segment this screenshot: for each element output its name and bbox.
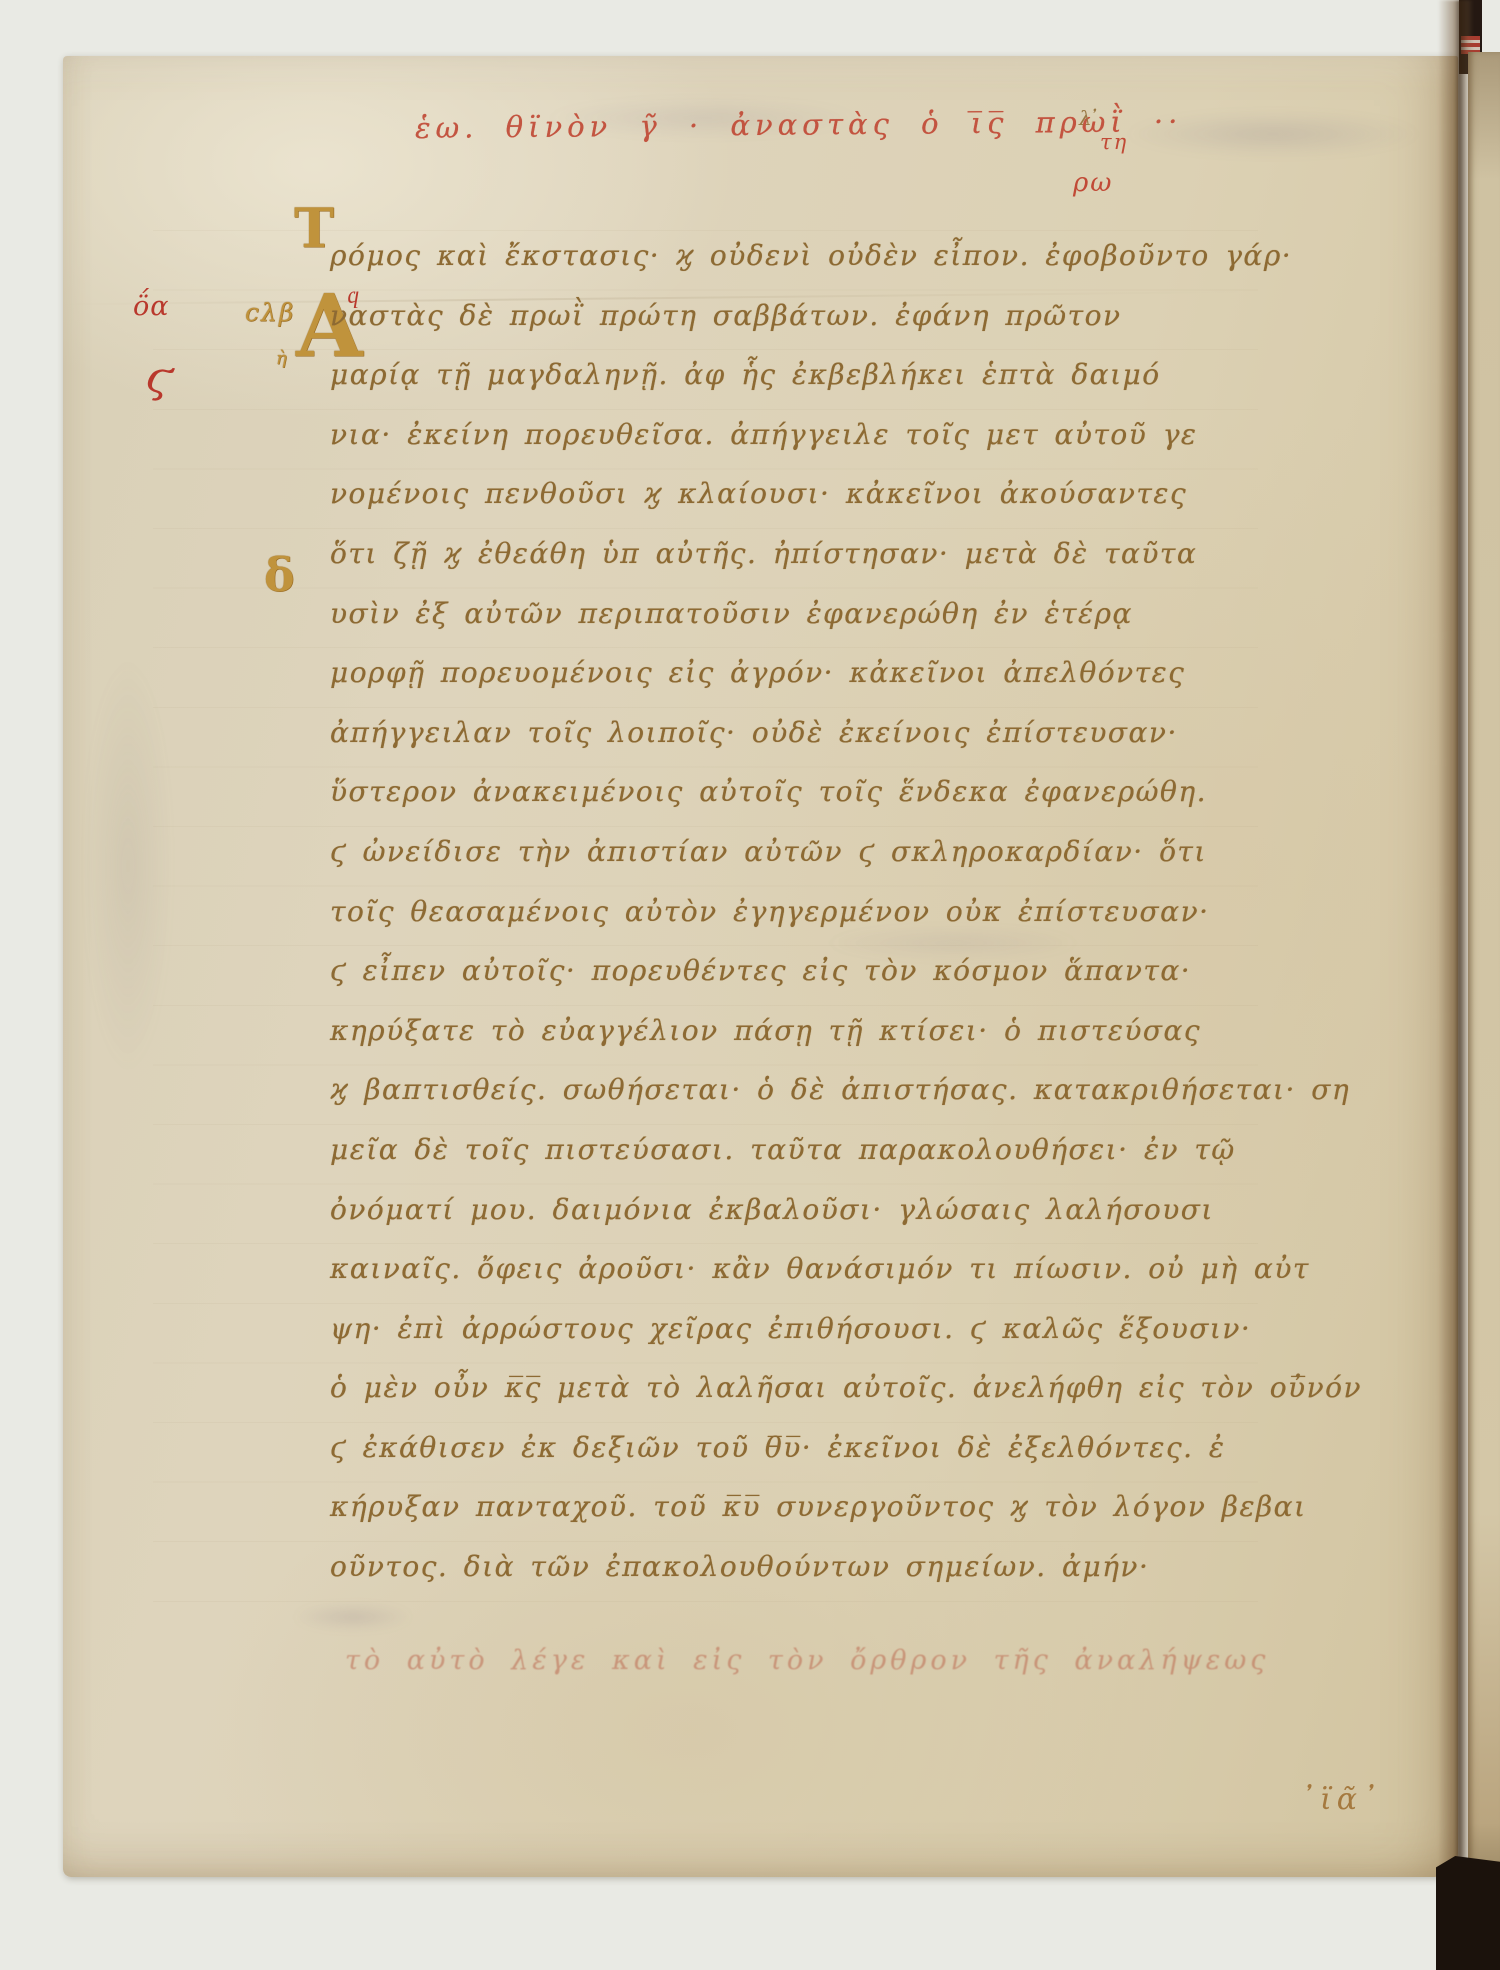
text-line-14: κηρύξατε τὸ εὐαγγέλιον πάσῃ τῇ κτίσει· ὁ… [330, 1001, 1362, 1061]
rubric-carryover: ρω [1073, 168, 1114, 198]
text-line-1: ρόμος καὶ ἔκστασις· ϗ οὐδενὶ οὐδὲν εἶπον… [330, 226, 1362, 286]
book-spine-bottom [1436, 1856, 1500, 1970]
margin-kephalaion-number: ο̈́α [133, 292, 170, 322]
lection-end-mark: λ ̓ [1079, 106, 1098, 130]
ammonian-section-number: ϲλβ [245, 298, 295, 327]
text-line-10: ὕστερον ἀνακειμένοις αὐτοῖς τοῖς ἕνδεκα … [330, 762, 1362, 822]
manuscript-page: ἑω. θϊνὸν γ̃ · ἀναστὰς ὁ ι̅ς̅ πρωῒ ·· τη… [63, 56, 1458, 1877]
text-line-22: κήρυξαν πανταχοῦ. τοῦ κ̅υ̅ συνεργοῦντος … [330, 1477, 1362, 1537]
rubric-superscript: τη [1100, 130, 1128, 154]
gold-initial-tau: Τ [294, 196, 334, 260]
text-line-21: ϛ ἐκάθισεν ἐκ δεξιῶν τοῦ θ̅υ̅· ἐκεῖνοι δ… [330, 1418, 1362, 1478]
folio-mark: ᾿ϊᾶ᾿ [1300, 1782, 1382, 1817]
text-line-3: μαρίᾳ τῇ μαγδαληνῇ. ἀφ ἧς ἐκβεβλήκει ἑπτ… [330, 345, 1362, 405]
bleedthrough-smudge [293, 1604, 413, 1630]
text-line-6: ὅτι ζῇ ϗ ἐθεάθη ὑπ αὐτῆς. ἠπίστησαν· μετ… [330, 524, 1362, 584]
text-line-11: ϛ ὠνείδισε τὴν ἀπιστίαν αὐτῶν ϛ σκληροκα… [330, 822, 1362, 882]
text-line-12: τοῖς θεασαμένοις αὐτὸν ἐγηγερμένον οὐκ ἐ… [330, 882, 1362, 942]
text-line-8: μορφῇ πορευομένοις εἰς ἀγρόν· κἀκεῖνοι ἀ… [330, 643, 1362, 703]
text-line-15: ϗ βαπτισθείς. σωθήσεται· ὁ δὲ ἀπιστήσας.… [330, 1060, 1362, 1120]
text-line-17: ὀνόματί μου. δαιμόνια ἐκβαλοῦσι· γλώσαις… [330, 1180, 1362, 1240]
text-line-19: ψη· ἐπὶ ἀρρώστους χεῖρας ἐπιθήσουσι. ϛ κ… [330, 1299, 1362, 1359]
text-line-20: ὁ μὲν οὖν κ̅ς̅ μετὰ τὸ λαλῆσαι αὐτοῖς. ἀ… [330, 1358, 1362, 1418]
text-line-4: νια· ἐκείνη πορευθεῖσα. ἀπήγγειλε τοῖς μ… [330, 405, 1362, 465]
text-line-9: ἀπήγγειλαν τοῖς λοιποῖς· οὐδὲ ἐκείνοις ἐ… [330, 703, 1362, 763]
text-line-13: ϛ εἶπεν αὐτοῖς· πορευθέντες εἰς τὸν κόσμ… [330, 941, 1362, 1001]
header-lection-rubric: ἑω. θϊνὸν γ̃ · ἀναστὰς ὁ ι̅ς̅ πρωῒ ·· [415, 105, 1095, 145]
text-line-16: μεῖα δὲ τοῖς πιστεύσασι. ταῦτα παρακολου… [330, 1120, 1362, 1180]
text-line-23: οῦντος. διὰ τῶν ἐπακολουθούντων σημείων.… [330, 1537, 1362, 1597]
text-line-5: νομένοις πενθοῦσι ϗ κλαίουσι· κἀκεῖνοι ἀ… [330, 464, 1362, 524]
manuscript-photo: ἑω. θϊνὸν γ̃ · ἀναστὰς ὁ ι̅ς̅ πρωῒ ·· τη… [0, 0, 1500, 1970]
liturgical-note-rubric: τὸ αὐτὸ λέγε καὶ εἰς τὸν ὄρθρον τῆς ἀναλ… [345, 1645, 1269, 1676]
margin-stain [83, 656, 173, 1076]
text-block: ρόμος καὶ ἔκστασις· ϗ οὐδενὶ οὐδὲν εἶπον… [330, 226, 1362, 1597]
text-line-2: ναστὰς δὲ πρωῒ πρώτη σαββάτων. ἐφάνη πρῶ… [330, 286, 1362, 346]
text-line-18: καιναῖς. ὄφεις ἀροῦσι· κἂν θανάσιμόν τι … [330, 1239, 1362, 1299]
text-line-7: υσὶν ἐξ αὐτῶν περιπατοῦσιν ἐφανερώθη ἐν … [330, 584, 1362, 644]
ammonian-section-sub-mark: ὴ [276, 348, 287, 369]
gold-initial-delta: δ [264, 548, 295, 602]
gutter-shadow [1438, 0, 1474, 1970]
